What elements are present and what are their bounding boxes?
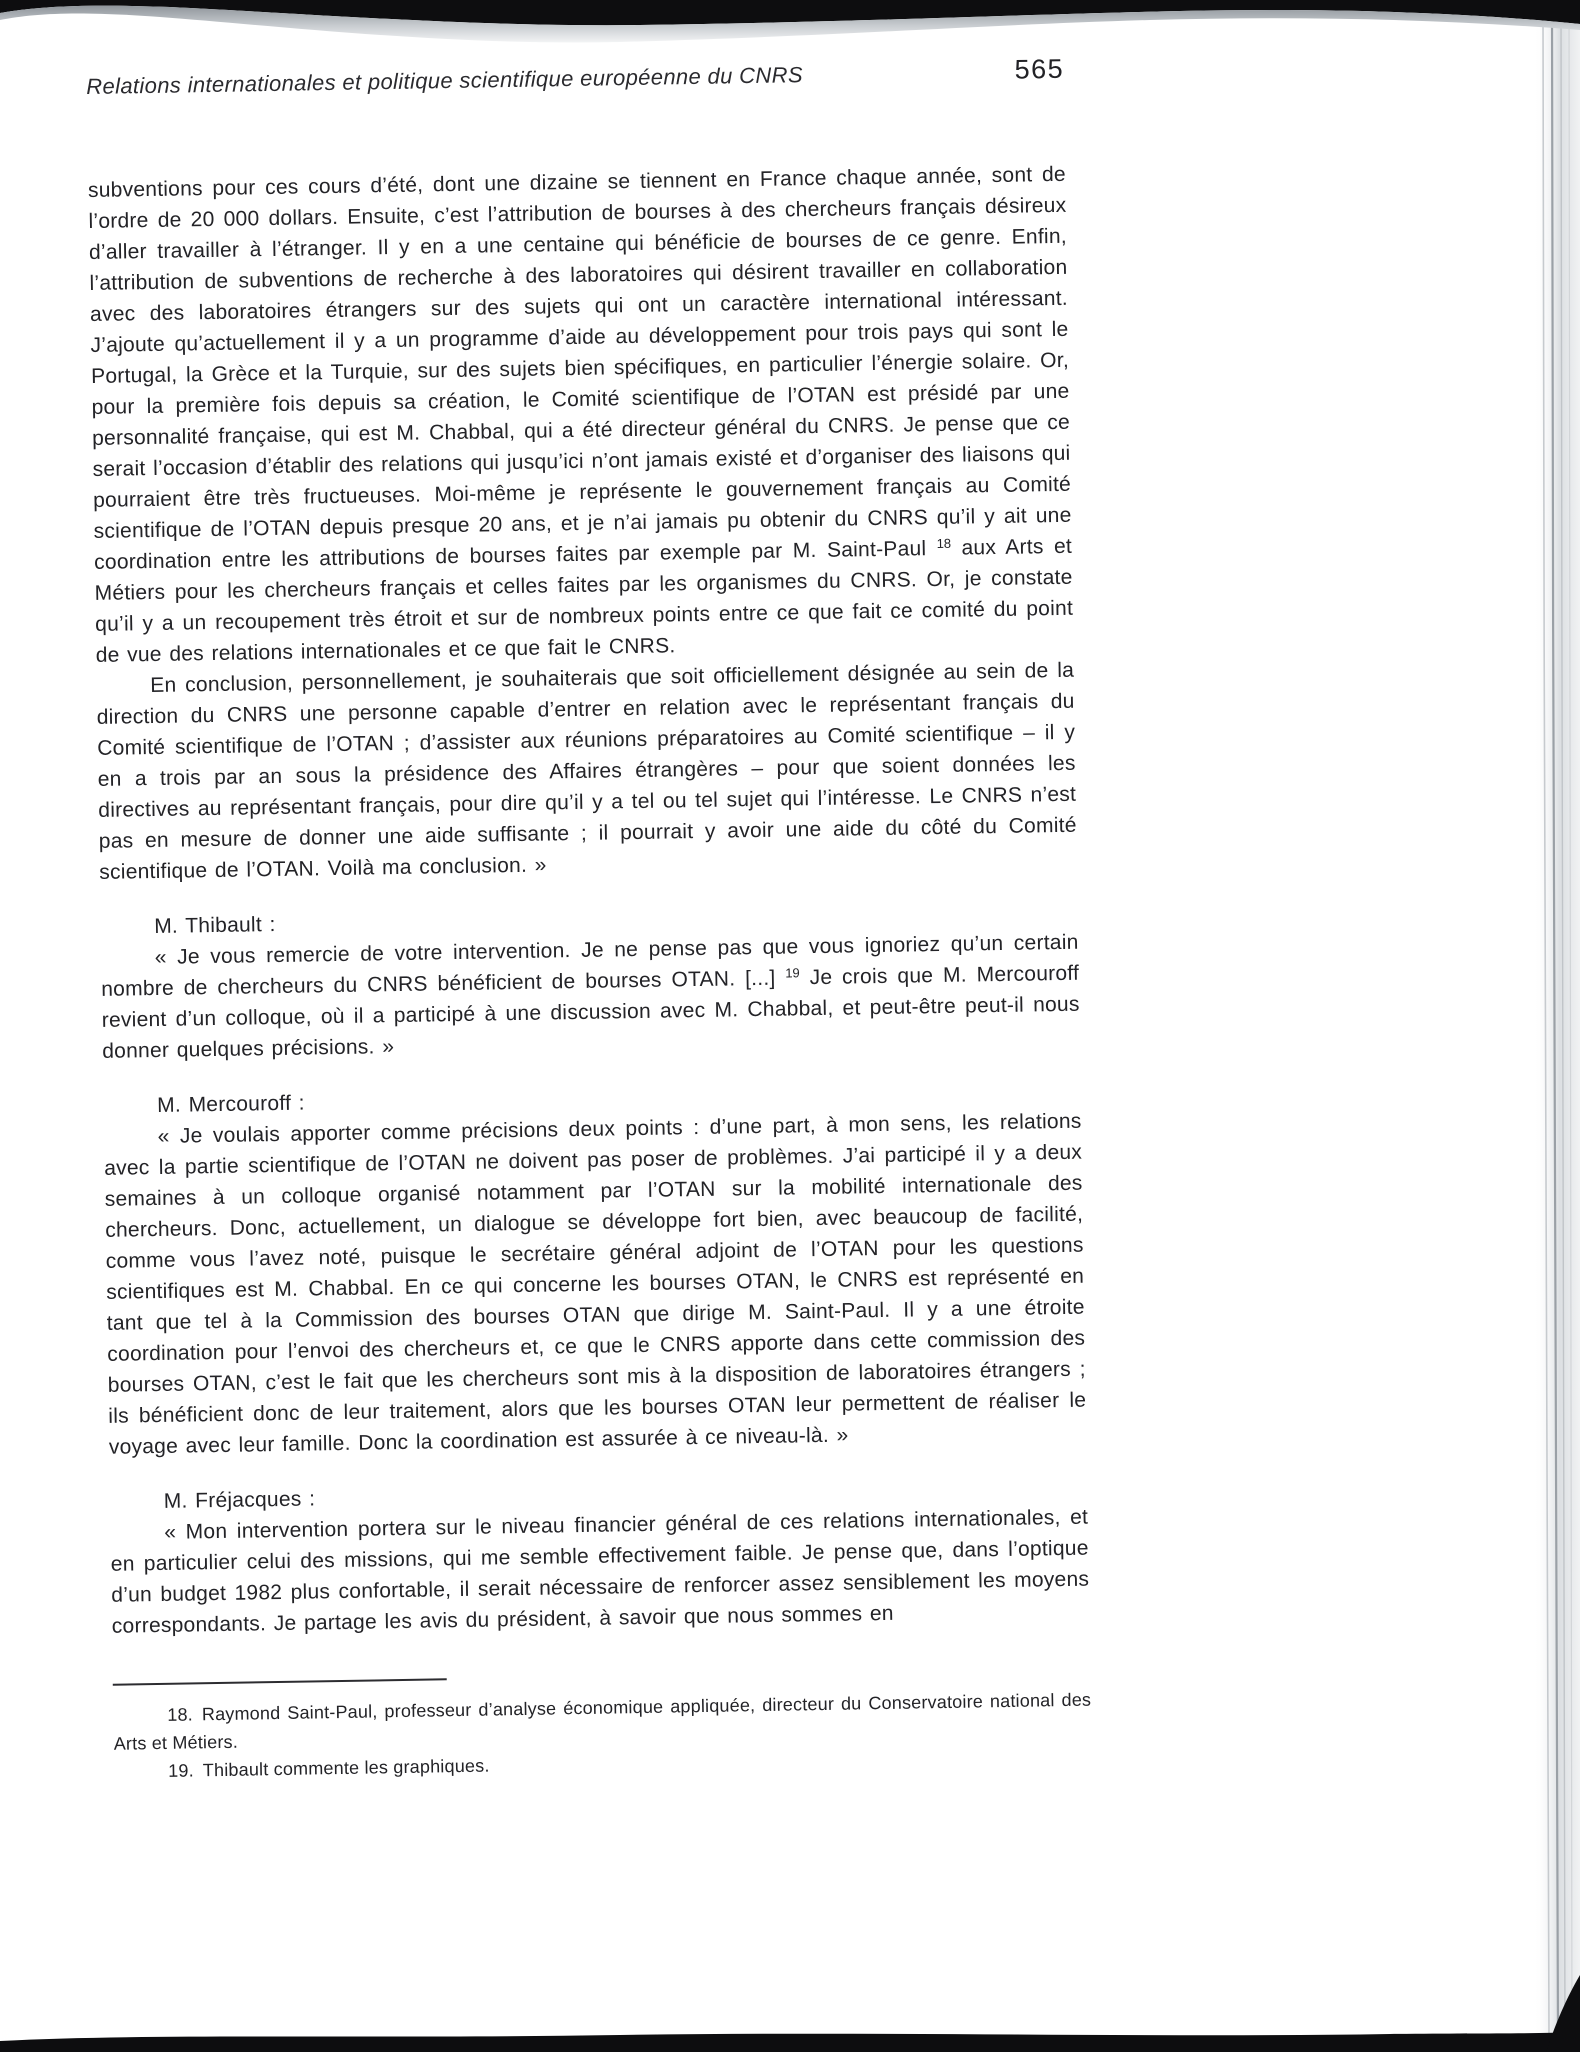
paragraph: subventions pour ces cours d’été, dont u… [88, 159, 1074, 671]
page-header: Relations internationales et politique s… [86, 54, 1064, 101]
footnote-ref: 19 [785, 965, 800, 980]
footnote-ref: 18 [936, 536, 951, 551]
scanned-page: Relations internationales et politique s… [0, 0, 1580, 2052]
page-edge-line [1569, 2, 1572, 2046]
footnote-number: 19. [168, 1760, 194, 1780]
page-stack-shade [1534, 0, 1580, 2052]
page-number: 565 [1014, 54, 1064, 86]
footnote-separator [113, 1678, 447, 1686]
page-edge-line [1561, 3, 1565, 2042]
footnote-number: 18. [167, 1704, 193, 1724]
page-edge-line [1543, 12, 1549, 2036]
page-content: Relations internationales et politique s… [86, 54, 1092, 1786]
footnote-list: 18.Raymond Saint-Paul, professeur d’anal… [113, 1686, 1092, 1786]
paragraph: « Je voulais apporter comme précisions d… [103, 1106, 1087, 1463]
footnotes: 18.Raymond Saint-Paul, professeur d’anal… [113, 1668, 1093, 1786]
scan-bottom-black-edge [0, 2032, 1580, 2052]
running-title: Relations internationales et politique s… [86, 62, 803, 100]
scan-top-curl-ribbon [0, 6, 1580, 43]
scan-top-black-edge [0, 0, 1580, 25]
body-text: subventions pour ces cours d’été, dont u… [88, 159, 1090, 1642]
paragraph: En conclusion, personnellement, je souha… [96, 655, 1077, 888]
scan-corner-wedge [1546, 1975, 1580, 2052]
paragraph: « Mon intervention portera sur le niveau… [110, 1502, 1090, 1642]
page-edge-line [1552, 6, 1558, 2040]
paragraph: « Je vous remercie de votre intervention… [100, 927, 1080, 1067]
